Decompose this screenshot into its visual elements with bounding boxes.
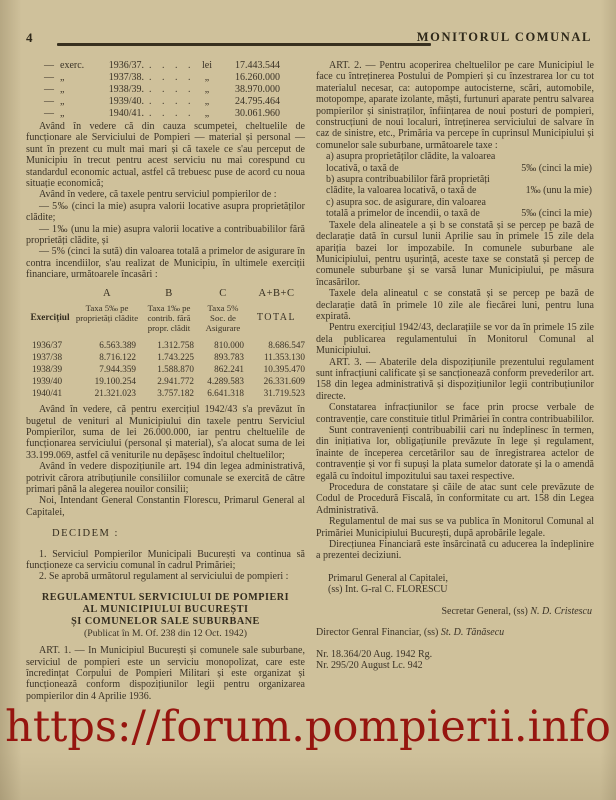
cell-total: 11.353.130 [248,351,305,363]
table-letter-total: A+B+C [248,288,305,302]
tax-item-rate: 5‰ (cinci la mie) [521,163,592,174]
receipt-year: 1937/38. [96,72,144,84]
paragraph: Constatarea infracțiunilor se face prin … [316,402,594,425]
receipt-label: „ [60,84,96,96]
cell-total: 10.395.470 [248,363,305,375]
secretary-title: Secretar General, (ss) [441,606,530,617]
col-header-exercitiul: Exercițiul [26,302,74,336]
dot-leader: . . . . . . [144,96,198,108]
table-row: 1937/38 8.716.122 1.743.225 893.783 11.3… [26,351,305,363]
paragraph: Taxele dela alineatul c se constată și s… [316,288,594,322]
receipt-row: — exerc. 1936/37. . . . . . . lei 17.443… [44,60,280,72]
cell-b: 3.757.182 [140,387,198,399]
dash: — [44,72,60,84]
regulation-title-line1: REGULAMENTUL SERVICIULUI DE POMPIERI [26,592,305,604]
dot-leader: . . . . . . [144,72,198,84]
table-row: 1939/40 19.100.254 2.941.772 4.289.583 2… [26,375,305,387]
paragraph: — 5% (cinci la sută) din valoarea totală… [26,246,305,280]
regulation-heading: REGULAMENTUL SERVICIULUI DE POMPIERI AL … [26,592,305,639]
decidem-heading: DECIDEM : [52,528,305,539]
procedure-block: Taxele dela alineatele a și b se constat… [316,220,594,562]
signatures-block: Primarul General al Capitalei, (ss) Int.… [316,573,594,671]
director-name: St. D. Tănăsecu [441,627,504,638]
paragraph: Având în vedere dispozițiunile art. 194 … [26,461,305,495]
paragraph: Având în vedere, că taxele pentru servic… [26,189,305,200]
cell-total: 31.719.523 [248,387,305,399]
currency-unit: „ [198,72,216,84]
tax-item: b) asupra contribuabililor fără propriet… [316,174,594,197]
reference-number: Nr. 295/20 August Lc. 942 [316,660,594,671]
budget-block: Având în vedere, că pentru exercițiul 19… [26,404,305,518]
tax-item-text: a) asupra proprietăților clădite, la val… [326,151,508,174]
secretary-name: N. D. Cristescu [530,606,592,617]
cell-exercitiul: 1938/39 [26,363,74,375]
table-row: 1936/37 6.563.389 1.312.758 810.000 8.68… [26,339,305,351]
dash: — [44,60,60,72]
paragraph: Regulamentul de mai sus se va publica în… [316,516,594,539]
dash: — [44,96,60,108]
dash: — [44,84,60,96]
receipt-year: 1938/39. [96,84,144,96]
receipt-label: „ [60,72,96,84]
cell-b: 2.941.772 [140,375,198,387]
cell-exercitiul: 1939/40 [26,375,74,387]
considerations-block: Având în vedere că din cauza scumpetei, … [26,121,305,281]
header-rule [57,43,431,46]
regulation-title-line3: ȘI COMUNELOR SALE SUBURBANE [26,616,305,628]
tax-item-text: b) asupra contribuabililor fără propriet… [326,174,508,197]
decision-items: 1. Serviciul Pompierilor Municipali Bucu… [26,549,305,583]
right-column: ART. 2. — Pentru acoperirea cheltuelilor… [316,60,594,671]
receipt-row: — „ 1940/41. . . . . . . „ 30.061.960 [44,108,280,120]
paragraph: Având în vedere că din cauza scumpetei, … [26,121,305,189]
tax-items: a) asupra proprietăților clădite, la val… [316,151,594,219]
tax-item-rate: 5‰ (cinci la mie) [521,208,592,219]
cell-exercitiul: 1937/38 [26,351,74,363]
cell-total: 8.686.547 [248,339,305,351]
cell-exercitiul: 1940/41 [26,387,74,399]
table-letter-empty [26,288,74,302]
currency-unit: „ [198,108,216,120]
tax-item: a) asupra proprietăților clădite, la val… [316,151,594,174]
mayor-title: Primarul General al Capitalei, [328,573,594,584]
col-header-b: Taxa 1‰ pe contrib. fără propr. clădit [140,302,198,336]
document-page: 4 MONITORUL COMUNAL — exerc. 1936/37. . … [0,0,616,800]
cell-exercitiul: 1936/37 [26,339,74,351]
cell-c: 862.241 [198,363,248,375]
paragraph: Având în vedere, că pentru exercițiul 19… [26,404,305,461]
cell-a: 6.563.389 [74,339,140,351]
cell-b: 1.743.225 [140,351,198,363]
receipt-year: 1936/37. [96,60,144,72]
decision-item: 2. Se aprobă următorul regulament al ser… [26,571,305,582]
table-row: 1940/41 21.321.023 3.757.182 6.641.318 3… [26,387,305,399]
col-header-a: Taxa 5‰ pe proprietăți clădite [74,302,140,336]
dot-leader: . . . . . . [144,108,198,120]
cell-a: 21.321.023 [74,387,140,399]
table-body: 1936/37 6.563.389 1.312.758 810.000 8.68… [26,339,305,399]
paragraph: Taxele dela alineatele a și b se constat… [316,220,594,288]
paragraph: Sunt contravenienți contribuabilii cari … [316,425,594,482]
journal-title: MONITORUL COMUNAL [417,32,592,43]
paragraph: — 5‰ (cinci la mie) asupra valorii locat… [26,201,305,224]
cell-b: 1.312.758 [140,339,198,351]
article-2: ART. 2. — Pentru acoperirea cheltuelilor… [316,60,594,151]
cell-a: 19.100.254 [74,375,140,387]
watermark-url: https://forum.pompierii.info [0,702,616,754]
tax-item-rate: 1‰ (unu la mie) [526,185,592,196]
reference-numbers: Nr. 18.364/20 Aug. 1942 Rg.Nr. 295/20 Au… [316,649,594,672]
dot-leader: . . . . . . [144,60,198,72]
regulation-title-line2: AL MUNICIPIULUI BUCUREȘTI [26,604,305,616]
cell-c: 810.000 [198,339,248,351]
cell-total: 26.331.609 [248,375,305,387]
receipt-amount: 16.260.000 [216,72,280,84]
col-header-c: Taxa 5% Soc. de Asigurare [198,302,248,336]
receipt-row: — „ 1937/38. . . . . . . „ 16.260.000 [44,72,280,84]
tax-item: c) asupra soc. de asigurare, din valoare… [316,197,594,220]
currency-unit: „ [198,84,216,96]
cell-a: 7.944.359 [74,363,140,375]
table-header-row: Exercițiul Taxa 5‰ pe proprietăți clădit… [26,302,305,336]
receipt-amount: 30.061.960 [216,108,280,120]
secretary-signature: Secretar General, (ss) N. D. Cristescu [316,606,592,617]
tax-item-text: c) asupra soc. de asigurare, din valoare… [326,197,508,220]
table-letter-c: C [198,288,248,302]
revenue-table: A B C A+B+C Exercițiul Taxa 5‰ pe propri… [26,288,305,399]
dot-leader: . . . . . . [144,84,198,96]
dash: — [44,108,60,120]
cell-c: 4.289.583 [198,375,248,387]
receipt-row: — „ 1939/40. . . . . . . „ 24.795.464 [44,96,280,108]
paragraph: Pentru exercițiul 1942/43, declarațiile … [316,322,594,356]
left-column: — exerc. 1936/37. . . . . . . lei 17.443… [26,60,305,702]
receipt-amount: 38.970.000 [216,84,280,96]
paragraph: Direcțiunea Financiară este însărcinată … [316,539,594,562]
page-number: 4 [26,32,33,43]
col-header-total: TOTAL [248,302,305,336]
director-signature: Director Genral Financiar, (ss) St. D. T… [316,627,594,638]
table-letter-a: A [74,288,140,302]
cell-a: 8.716.122 [74,351,140,363]
paragraph: Noi, Intendant General Constantin Flores… [26,495,305,518]
table-row: 1938/39 7.944.359 1.588.870 862.241 10.3… [26,363,305,375]
currency-unit: „ [198,96,216,108]
director-title: Director Genral Financiar, (ss) [316,627,441,638]
cell-b: 1.588.870 [140,363,198,375]
cell-c: 893.783 [198,351,248,363]
reference-number: Nr. 18.364/20 Aug. 1942 Rg. [316,649,594,660]
table-letter-row: A B C A+B+C [26,288,305,302]
paragraph: — 1‰ (unu la mie) asupra valorii locativ… [26,224,305,247]
receipt-amount: 24.795.464 [216,96,280,108]
receipt-label: „ [60,96,96,108]
receipt-label: exerc. [60,60,96,72]
currency-unit: lei [198,60,216,72]
publication-note: (Publicat în M. Of. 238 din 12 Oct. 1942… [26,628,305,639]
receipt-label: „ [60,108,96,120]
cell-c: 6.641.318 [198,387,248,399]
article-1: ART. 1. — In Municipiul București și com… [26,645,305,702]
receipt-year: 1939/40. [96,96,144,108]
receipt-row: — „ 1938/39. . . . . . . „ 38.970.000 [44,84,280,96]
receipts-list: — exerc. 1936/37. . . . . . . lei 17.443… [44,60,280,120]
receipt-amount: 17.443.544 [216,60,280,72]
receipt-year: 1940/41. [96,108,144,120]
mayor-signature: (ss) Int. G-ral C. FLORESCU [328,584,594,595]
paragraph: Procedura de constatare și căile de atac… [316,482,594,516]
paragraph: ART. 3. — Abaterile dela dispozițiunile … [316,357,594,403]
table-letter-b: B [140,288,198,302]
decision-item: 1. Serviciul Pompierilor Municipali Bucu… [26,549,305,572]
